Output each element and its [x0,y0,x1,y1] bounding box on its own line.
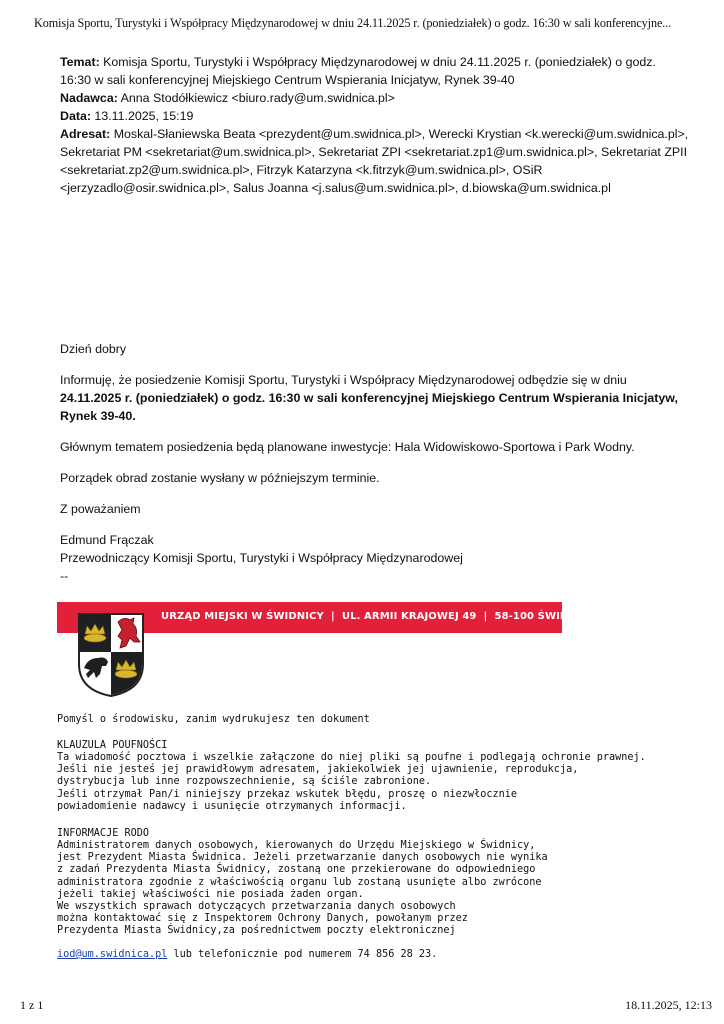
date-label: Data: [60,109,91,123]
sender-row: Nadawca: Anna Stodółkiewicz <biuro.rady@… [60,89,690,107]
sender-label: Nadawca: [60,91,118,105]
date-row: Data: 13.11.2025, 15:19 [60,107,690,125]
closing: Z poważaniem [60,500,690,518]
subject-value: Komisja Sportu, Turystyki i Współpracy M… [60,55,656,87]
message-body: Dzień dobry Informuję, że posiedzenie Ko… [60,340,690,585]
agenda-note: Porządek obrad zostanie wysłany w późnie… [60,469,690,487]
signature-title: Przewodniczący Komisji Sportu, Turystyki… [60,549,690,567]
eco-note: Pomyśl o środowisku, zanim wydrukujesz t… [57,714,370,726]
greeting: Dzień dobry [60,340,690,358]
iod-phone-text: lub telefonicznie pod numerem 74 856 28 … [167,949,437,960]
intro-paragraph: Informuję, że posiedzenie Komisji Sportu… [60,371,690,425]
topic-paragraph: Głównym tematem posiedzenia będą planowa… [60,438,690,456]
banner-address: URZĄD MIEJSKI W ŚWIDNICY | UL. ARMII KRA… [161,611,596,622]
subject-label: Temat: [60,55,100,69]
sender-value: Anna Stodółkiewicz <biuro.rady@um.swidni… [118,91,395,105]
confidentiality-text: Ta wiadomość pocztowa i wszelkie załączo… [57,752,646,813]
confidentiality-title: KLAUZULA POUFNOŚCI [57,740,167,752]
recipients-label: Adresat: [60,127,110,141]
email-headers: Temat: Komisja Sportu, Turystyki i Współ… [60,53,690,197]
rodo-title: INFORMACJE RODO [57,828,149,840]
date-value: 13.11.2025, 15:19 [91,109,193,123]
printed-timestamp: 18.11.2025, 12:13 [625,998,712,1013]
page-number: 1 z 1 [20,998,43,1013]
recipients-value: Moskal-Słaniewska Beata <prezydent@um.sw… [60,127,688,195]
iod-email-link[interactable]: iod@um.swidnica.pl [57,949,167,960]
coat-of-arms-icon [76,612,146,698]
print-header-title: Komisja Sportu, Turystyki i Współpracy M… [34,16,671,31]
iod-contact-line: iod@um.swidnica.pl lub telefonicznie pod… [57,949,437,961]
intro-meeting-details: 24.11.2025 r. (poniedziałek) o godz. 16:… [60,391,678,423]
subject-row: Temat: Komisja Sportu, Turystyki i Współ… [60,53,690,89]
intro-text: Informuję, że posiedzenie Komisji Sportu… [60,373,627,387]
signature-separator: -- [60,567,690,585]
recipients-row: Adresat: Moskal-Słaniewska Beata <prezyd… [60,125,690,197]
rodo-text: Administratorem danych osobowych, kierow… [57,840,548,938]
signature-name: Edmund Frączak [60,531,690,549]
